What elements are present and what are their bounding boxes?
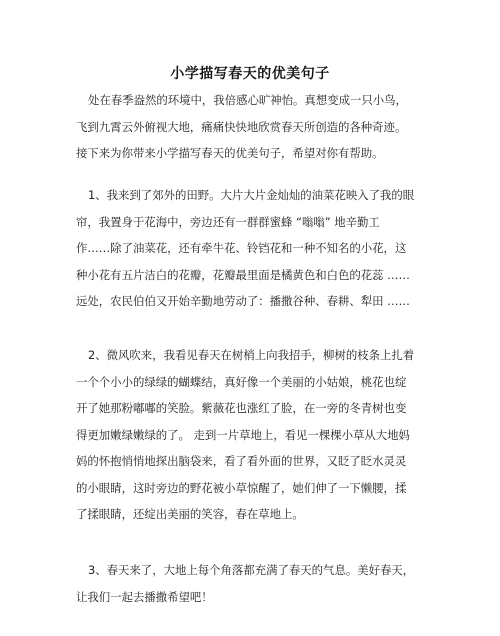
intro-paragraph: 处在春季盎然的环境中，我倍感心旷神怡。真想变成一只小鸟， 飞到九霄云外俯视大地，… <box>76 87 416 167</box>
text-line: 妈的怀抱悄悄地探出脑袋来，看了看外面的世界，又眨了眨水灵灵 <box>76 448 416 475</box>
text-line: 接下来为你带来小学描写春天的优美句子，希望对你有帮助。 <box>76 140 416 167</box>
text-line: 2、微风吹来，我看见春天在树梢上向我招手，柳树的枝条上扎着 <box>76 342 416 369</box>
text-line: 一个个小小的绿绿的蝴蝶结，真好像一个美丽的小姑娘，桃花也绽 <box>76 369 416 396</box>
text-line: 处在春季盎然的环境中，我倍感心旷神怡。真想变成一只小鸟， <box>76 87 416 114</box>
text-line: 了揉眼睛，还绽出美丽的笑容，春在草地上。 <box>76 501 416 528</box>
text-line: 作……除了油菜花，还有牵牛花、铃铛花和一种不知名的小花，这 <box>76 235 416 262</box>
document-title: 小学描写春天的优美句子 <box>0 63 500 83</box>
text-line: 让我们一起去播撒希望吧！ <box>76 584 416 611</box>
text-line: 帘，我置身于花海中，旁边还有一群群蜜蜂 “嗡嗡” 地辛勤工 <box>76 209 416 236</box>
item-paragraph-3: 3、春天来了，大地上每个角落都充满了春天的气息。美好春天， 让我们一起去播撒希望… <box>76 557 416 610</box>
text-line: 远处，农民伯伯又开始辛勤地劳动了：播撒谷种、春耕、犁田 …… <box>76 288 416 315</box>
text-line: 1、我来到了郊外的田野。大片大片金灿灿的油菜花映入了我的眼 <box>76 182 416 209</box>
text-line: 3、春天来了，大地上每个角落都充满了春天的气息。美好春天， <box>76 557 416 584</box>
text-line: 开了她那粉嘟嘟的笑脸。紫薇花也涨红了脸，在一旁的冬青树也变 <box>76 395 416 422</box>
item-paragraph-2: 2、微风吹来，我看见春天在树梢上向我招手，柳树的枝条上扎着 一个个小小的绿绿的蝴… <box>76 342 416 528</box>
text-line: 飞到九霄云外俯视大地，痛痛快快地欣赏春天所创造的各种奇迹。 <box>76 114 416 141</box>
item-paragraph-1: 1、我来到了郊外的田野。大片大片金灿灿的油菜花映入了我的眼 帘，我置身于花海中，… <box>76 182 416 315</box>
text-line: 种小花有五片洁白的花瓣，花瓣最里面是橘黄色和白色的花蕊 …… <box>76 262 416 289</box>
text-line: 的小眼睛，这时旁边的野花被小草惊醒了，她们伸了一下懒腰，揉 <box>76 475 416 502</box>
text-line: 得更加嫩绿嫩绿的了。 走到一片草地上，看见一棵棵小草从大地妈 <box>76 422 416 449</box>
